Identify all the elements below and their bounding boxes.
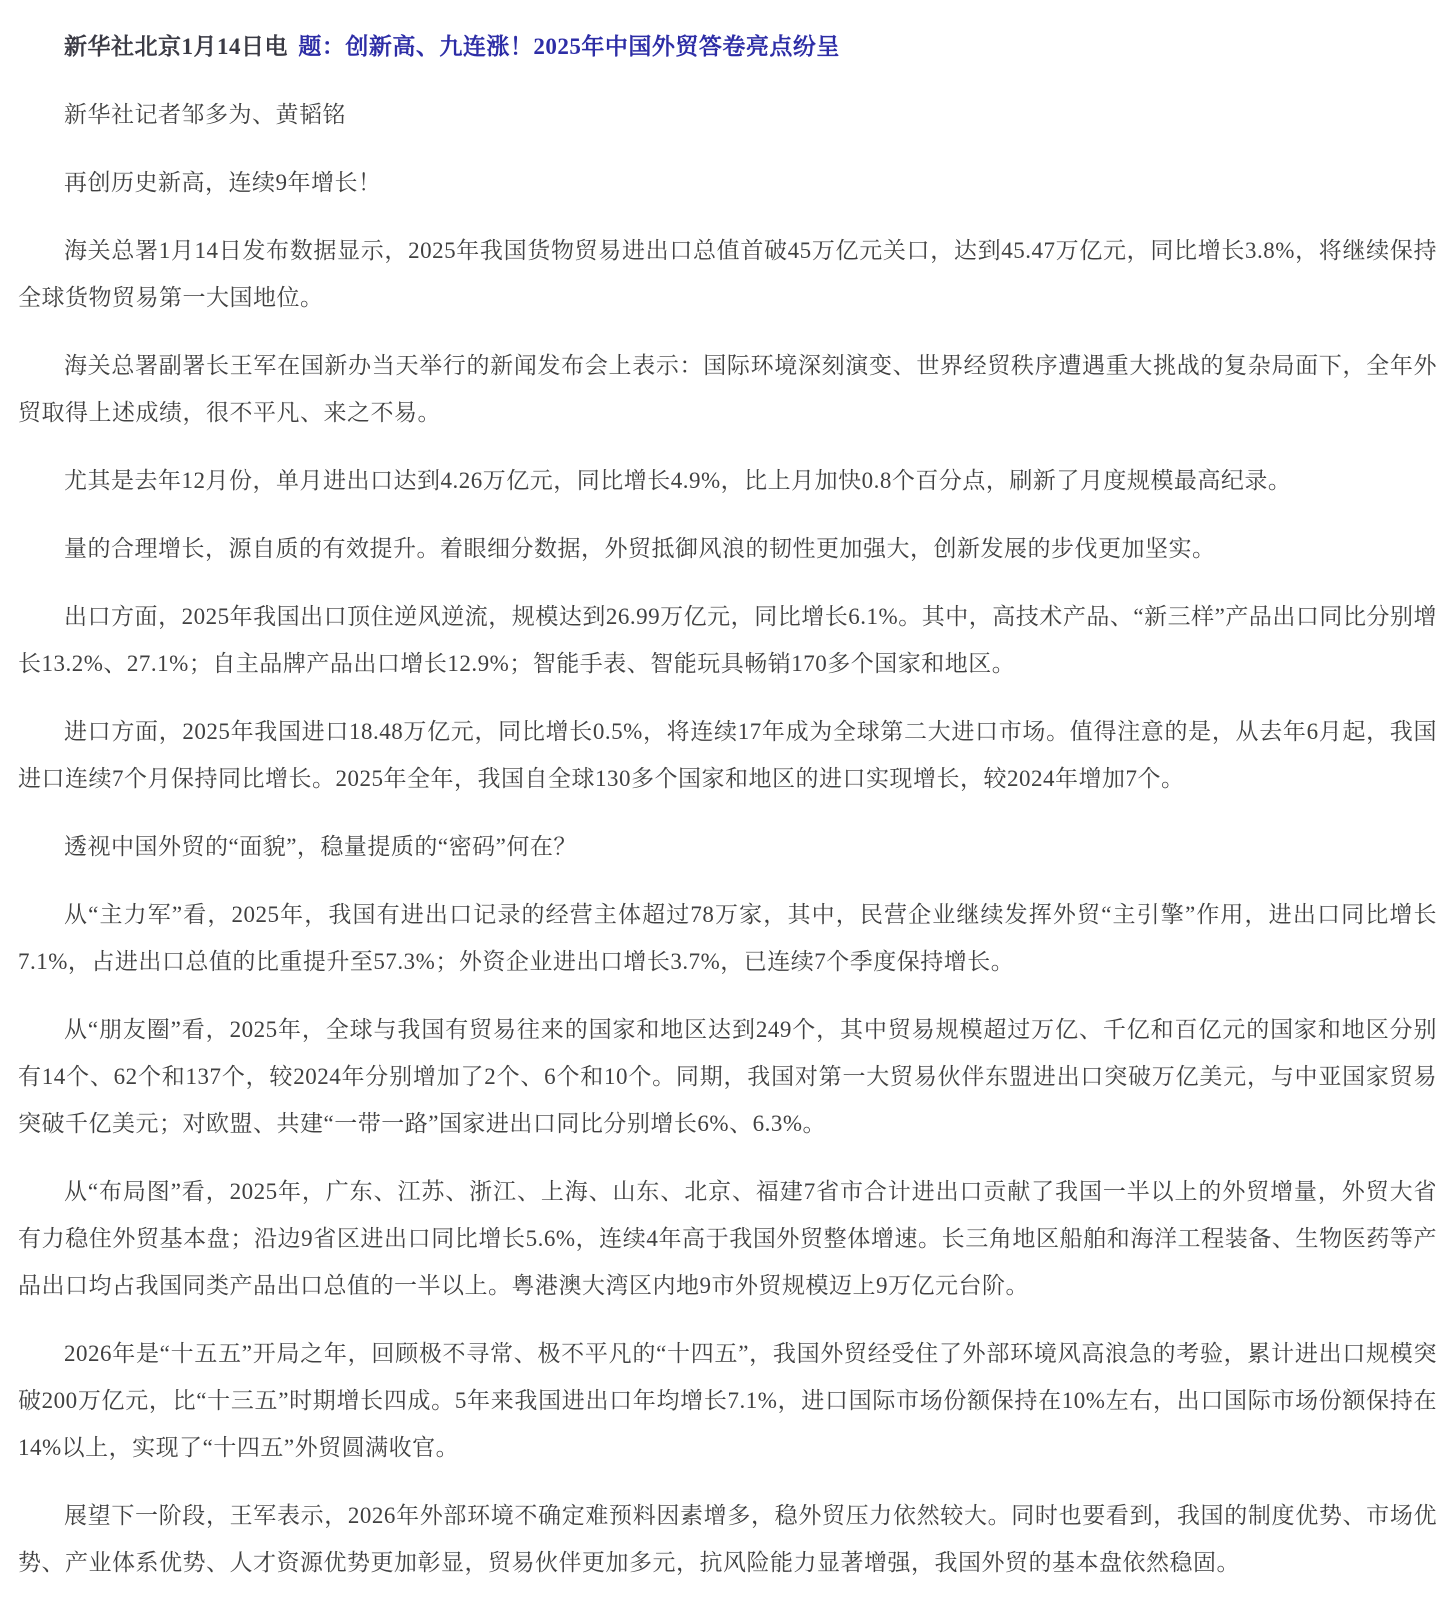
article-paragraph: 透视中国外贸的“面貌”，稳量提质的“密码”何在？ [18,823,1437,870]
article-paragraph: 量的合理增长，源自质的有效提升。着眼细分数据，外贸抵御风浪的韧性更加强大，创新发… [18,525,1437,572]
article-body: 再创历史新高，连续9年增长！海关总署1月14日发布数据显示，2025年我国货物贸… [18,159,1437,1586]
article-dateline: 新华社北京1月14日电 [64,34,288,59]
article-paragraph: 出口方面，2025年我国出口顶住逆风逆流，规模达到26.99万亿元，同比增长6.… [18,593,1437,687]
article-title: 题：创新高、九连涨！2025年中国外贸答卷亮点纷呈 [298,34,840,59]
article-paragraph: 进口方面，2025年我国进口18.48万亿元，同比增长0.5%，将连续17年成为… [18,708,1437,802]
article-header: 新华社北京1月14日电题：创新高、九连涨！2025年中国外贸答卷亮点纷呈 [18,23,1437,70]
article-paragraph: 再创历史新高，连续9年增长！ [18,159,1437,206]
article-paragraph: 从“朋友圈”看，2025年，全球与我国有贸易往来的国家和地区达到249个，其中贸… [18,1006,1437,1147]
article-paragraph: 从“主力军”看，2025年，我国有进出口记录的经营主体超过78万家，其中，民营企… [18,891,1437,985]
article-paragraph: 尤其是去年12月份，单月进出口达到4.26万亿元，同比增长4.9%，比上月加快0… [18,457,1437,504]
news-article: 新华社北京1月14日电题：创新高、九连涨！2025年中国外贸答卷亮点纷呈 新华社… [18,23,1437,1586]
article-paragraph: 海关总署副署长王军在国新办当天举行的新闻发布会上表示：国际环境深刻演变、世界经贸… [18,342,1437,436]
article-page: 新华社北京1月14日电题：创新高、九连涨！2025年中国外贸答卷亮点纷呈 新华社… [0,0,1455,1609]
article-paragraph: 从“布局图”看，2025年，广东、江苏、浙江、上海、山东、北京、福建7省市合计进… [18,1168,1437,1309]
article-paragraph: 展望下一阶段，王军表示，2026年外部环境不确定难预料因素增多，稳外贸压力依然较… [18,1492,1437,1586]
article-paragraph: 海关总署1月14日发布数据显示，2025年我国货物贸易进出口总值首破45万亿元关… [18,227,1437,321]
article-byline: 新华社记者邹多为、黄韬铭 [18,91,1437,138]
article-byline-text: 新华社记者邹多为、黄韬铭 [64,102,346,127]
article-paragraph: 2026年是“十五五”开局之年，回顾极不寻常、极不平凡的“十四五”，我国外贸经受… [18,1330,1437,1471]
